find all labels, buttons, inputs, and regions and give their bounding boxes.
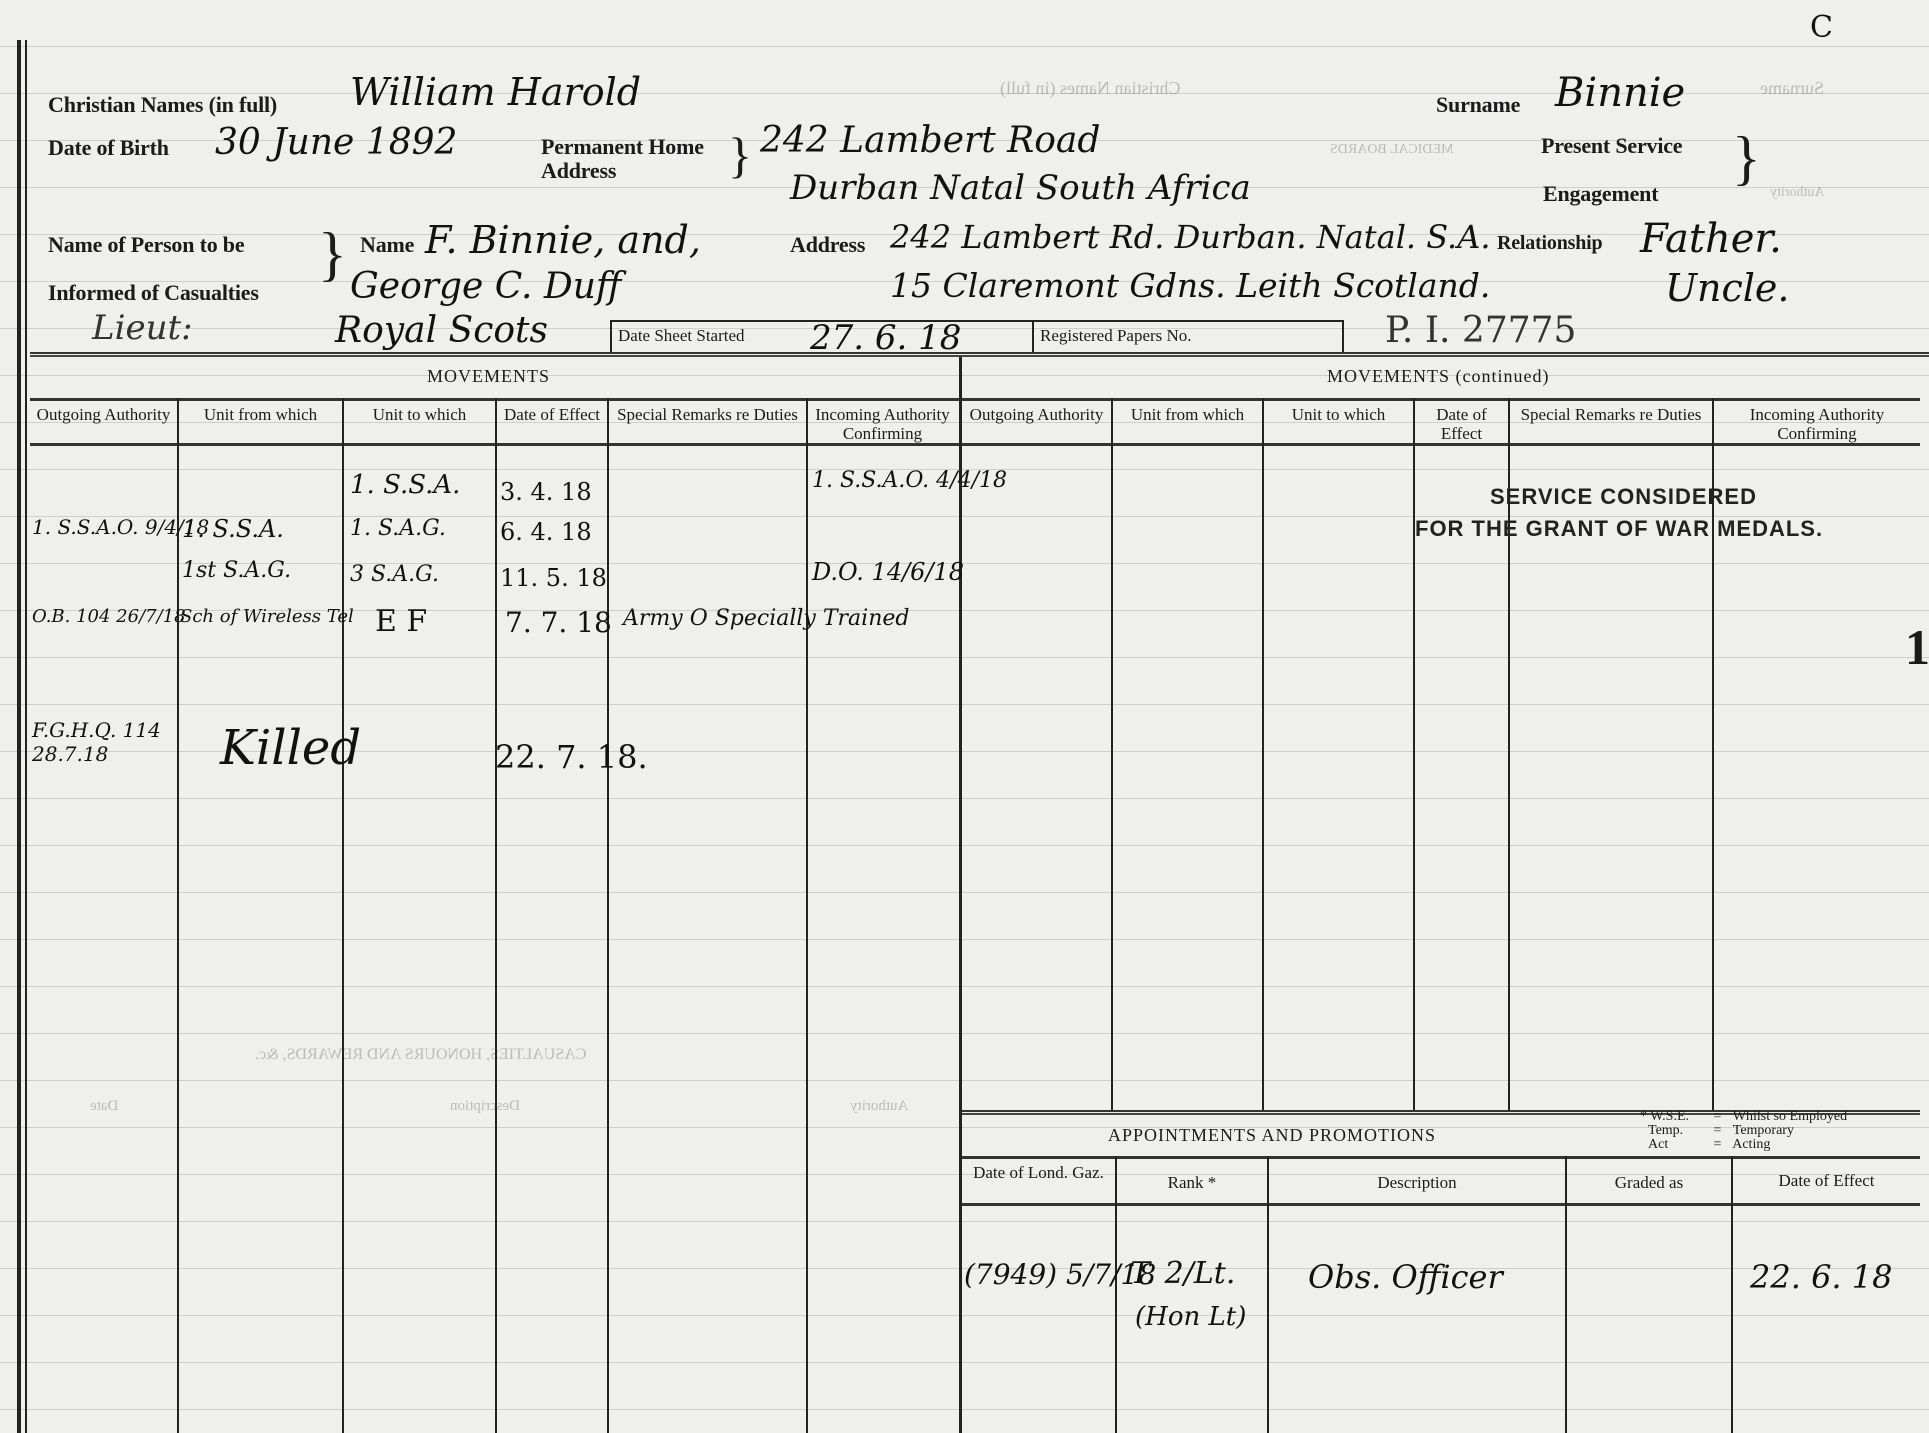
mov-col-line-3 [495, 398, 497, 1433]
abbr-key-1-abbr: * W.S.E. [1640, 1110, 1710, 1124]
abbr-key-1-eq: = [1714, 1110, 1730, 1124]
rank-value: Lieut: [92, 308, 193, 348]
mov-col-line-4 [607, 398, 609, 1433]
ghost-description: Description [450, 1098, 520, 1115]
app-row-rank-1: T. 2/Lt. [1130, 1256, 1235, 1291]
abbr-key-1-meaning: Whilst so Employed [1733, 1109, 1847, 1124]
next-of-kin-label-1: Name of Person to be [48, 232, 244, 258]
medal-stamp-line-1: SERVICE CONSIDERED [1490, 484, 1757, 510]
ghost-authority-2: Authority [850, 1098, 908, 1115]
mov-row-5-date: 22. 7. 18. [495, 738, 648, 776]
movc-col-date: Date of Effect [1415, 405, 1508, 443]
mov-col-line-2 [342, 398, 344, 1433]
address-label: Address [541, 158, 616, 184]
left-border-outer [17, 40, 21, 1433]
app-col-line-1 [1115, 1156, 1117, 1433]
mov-row-2-to: 1. S.A.G. [350, 516, 446, 541]
brace: } [728, 130, 752, 180]
abbr-key-3-abbr: Act [1648, 1138, 1710, 1152]
christian-names-label: Christian Names (in full) [48, 92, 277, 118]
app-col-line-3 [1565, 1156, 1567, 1433]
date-of-birth-label: Date of Birth [48, 135, 169, 161]
date-sheet-started-label: Date Sheet Started [618, 326, 745, 346]
mov-row-5-from: Killed [220, 720, 361, 776]
nok-name-label: Name [360, 232, 414, 258]
permanent-home-line-1: 242 Lambert Road [760, 120, 1100, 161]
mov-col-date: Date of Effect [497, 405, 607, 424]
appointments-header-top [962, 1156, 1920, 1159]
permanent-home-line-2: Durban Natal South Africa [790, 168, 1251, 208]
mov-row-2-from: 1. S.S.A. [182, 515, 284, 543]
permanent-home-label: Permanent Home [541, 134, 704, 160]
abbr-key-2-meaning: Temporary [1733, 1123, 1794, 1138]
mov-col-line-5 [806, 398, 808, 1433]
mov-col-unit-from: Unit from which [179, 405, 342, 424]
movements-cont-header-top [962, 398, 1920, 401]
mov-row-5-outgoing: F.G.H.Q. 114 28.7.18 [32, 718, 172, 766]
appointments-title: APPOINTMENTS AND PROMOTIONS [1108, 1125, 1436, 1146]
relationship-2: Uncle. [1665, 266, 1790, 310]
movc-col-line-3 [1413, 398, 1415, 1110]
ghost-date: Date [90, 1098, 118, 1115]
ghost-surname: Surname [1760, 78, 1824, 99]
mov-row-2-date: 6. 4. 18 [500, 518, 592, 546]
app-col-gazette: Date of Lond. Gaz. [962, 1163, 1115, 1182]
ghost-casualties: CASUALTIES, HONOURS AND REWARDS, &c. [255, 1046, 586, 1064]
app-row-effect: 22. 6. 18 [1750, 1258, 1892, 1296]
abbr-key-2-abbr: Temp. [1648, 1124, 1710, 1138]
medal-stamp-line-2: FOR THE GRANT OF WAR MEDALS. [1415, 516, 1823, 542]
mov-row-1-to: 1. S.S.A. [350, 470, 460, 500]
nok-name-1: F. Binnie, and, [425, 218, 701, 262]
mov-row-3-incoming: D.O. 14/6/18 [812, 558, 964, 586]
app-col-description: Description [1269, 1173, 1565, 1192]
movc-col-line-2 [1262, 398, 1264, 1110]
app-row-gazette: (7949) 5/7/18 [964, 1258, 1156, 1291]
movc-col-unit-from: Unit from which [1113, 405, 1262, 424]
abbr-key-2: Temp. = Temporary [1648, 1124, 1794, 1138]
movements-continued-title: MOVEMENTS (continued) [1327, 366, 1549, 387]
ghost-authority: Authority [1770, 185, 1824, 201]
officer-service-record-sheet: Christian Names (in full) Surname MEDICA… [0, 0, 1929, 1433]
movc-col-unit-to: Unit to which [1264, 405, 1413, 424]
registered-papers-value: P. I. 27775 [1385, 310, 1576, 351]
movements-cont-header-bottom [962, 443, 1920, 446]
ghost-medical-boards: MEDICAL BOARDS [1330, 142, 1454, 158]
mov-col-incoming: Incoming Authority Confirming [806, 405, 959, 443]
app-col-graded: Graded as [1567, 1173, 1731, 1192]
movc-col-incoming: Incoming Authority Confirming [1714, 405, 1920, 443]
relationship-label: Relationship [1497, 232, 1602, 255]
mov-row-1-incoming: 1. S.S.A.O. 4/4/18 [812, 468, 1007, 493]
mov-row-3-from: 1st S.A.G. [182, 558, 291, 583]
engagement-label: Engagement [1543, 181, 1658, 207]
registered-papers-label: Registered Papers No. [1040, 326, 1192, 346]
movements-title: MOVEMENTS [427, 366, 550, 387]
appointments-header-bottom [962, 1203, 1920, 1206]
mov-col-remarks: Special Remarks re Duties [609, 405, 806, 424]
nok-address-1: 242 Lambert Rd. Durban. Natal. S.A. [890, 218, 1491, 256]
center-divider [959, 357, 962, 1433]
mov-row-3-date: 11. 5. 18 [500, 564, 607, 592]
mov-row-4-to: E F [375, 604, 427, 639]
brace-next-of-kin: } [318, 224, 347, 284]
nok-address-label: Address [790, 232, 865, 258]
section-divider [30, 352, 1929, 357]
app-col-line-2 [1267, 1156, 1269, 1433]
christian-names-value: William Harold [350, 70, 641, 114]
abbr-key-1: * W.S.E. = Whilst so Employed [1640, 1110, 1847, 1124]
mov-row-3-to: 3 S.A.G. [350, 562, 439, 587]
abbr-key-3-meaning: Acting [1732, 1137, 1770, 1152]
app-row-description: Obs. Officer [1308, 1258, 1503, 1296]
surname-label: Surname [1436, 92, 1520, 118]
present-service-label: Present Service [1541, 133, 1682, 159]
date-of-birth-value: 30 June 1892 [215, 122, 457, 163]
app-col-line-4 [1731, 1156, 1733, 1433]
mov-row-4-from: Sch of Wireless Tel [180, 606, 354, 627]
surname-value: Binnie [1555, 70, 1685, 116]
regiment-value: Royal Scots [335, 310, 548, 351]
movc-col-line-1 [1111, 398, 1113, 1110]
ghost-christian-names: Christian Names (in full) [1000, 78, 1180, 99]
movc-col-outgoing: Outgoing Authority [962, 405, 1111, 424]
mov-col-outgoing: Outgoing Authority [30, 405, 177, 424]
corner-mark: C [1810, 10, 1833, 45]
mov-row-4-date: 7. 7. 18 [505, 606, 612, 639]
abbr-key-3-eq: = [1714, 1138, 1730, 1152]
abbr-key-3: Act = Acting [1648, 1138, 1770, 1152]
app-col-effect: Date of Effect [1733, 1171, 1920, 1190]
mov-col-line-1 [177, 398, 179, 1433]
nok-address-2: 15 Claremont Gdns. Leith Scotland. [890, 266, 1490, 305]
mov-row-1-date: 3. 4. 18 [500, 478, 592, 506]
relationship-1: Father. [1640, 216, 1782, 262]
left-border-inner [25, 40, 27, 1433]
nok-name-2: George C. Duff [350, 266, 621, 307]
mov-row-4-outgoing: O.B. 104 26/7/18 [32, 606, 186, 627]
mov-row-4-remarks: Army O Specially Trained [623, 606, 909, 631]
sheet-box-divider [1032, 322, 1034, 352]
app-col-rank: Rank * [1117, 1173, 1267, 1192]
mov-col-unit-to: Unit to which [344, 405, 495, 424]
next-of-kin-label-2: Informed of Casualties [48, 280, 259, 306]
abbr-key-2-eq: = [1714, 1124, 1730, 1138]
app-row-rank-2: (Hon Lt) [1135, 1302, 1246, 1332]
movc-col-remarks: Special Remarks re Duties [1510, 405, 1712, 424]
brace-service: } [1732, 128, 1761, 188]
margin-mark: 1 [1905, 618, 1929, 676]
